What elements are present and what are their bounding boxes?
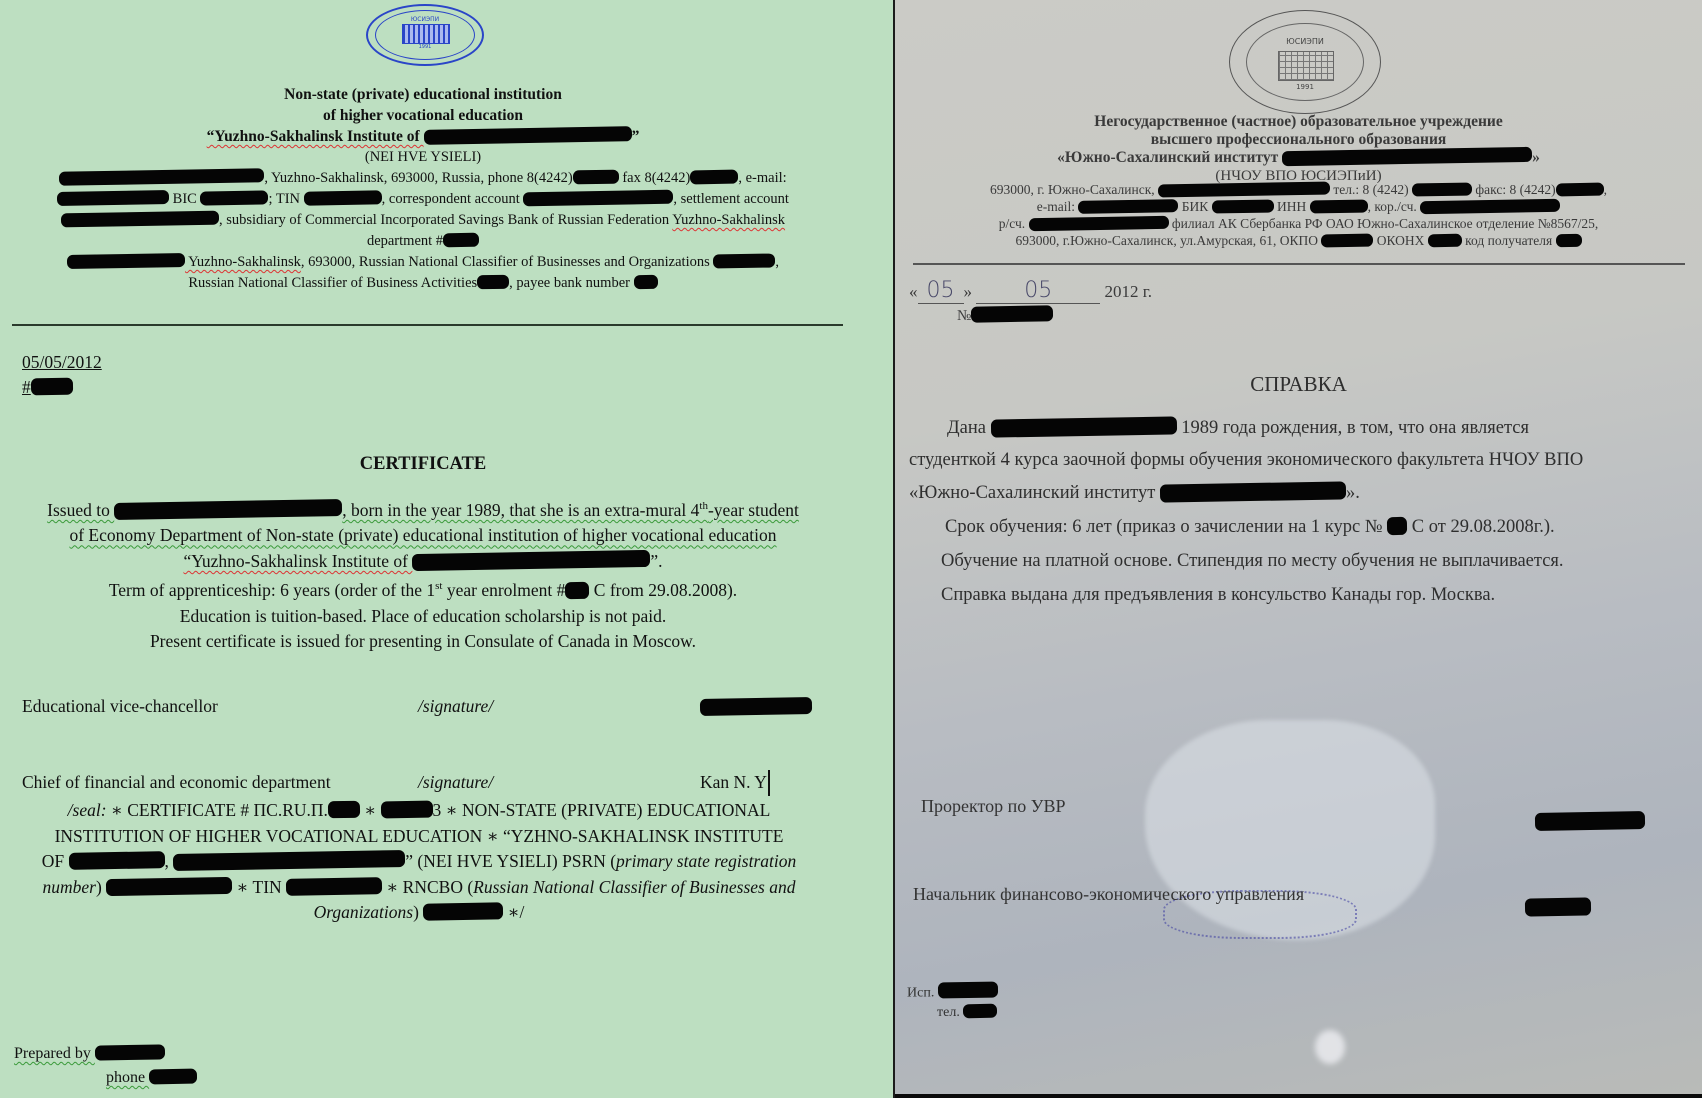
redaction — [106, 877, 232, 896]
redaction — [173, 850, 405, 871]
header-line-2: of higher vocational education — [0, 105, 846, 126]
header-line-1: Негосударственное (частное) образователь… — [895, 113, 1702, 131]
original-document-photo: ЮСИЭПИ 1991 Негосударственное (частное) … — [895, 0, 1702, 1094]
header-divider — [12, 324, 843, 326]
body-line-3: «Южно-Сахалинский институт ». — [909, 476, 1699, 510]
redaction — [1556, 182, 1604, 196]
logo-year: 1991 — [368, 44, 482, 50]
redaction — [423, 126, 631, 144]
redaction — [412, 550, 650, 571]
prepared-by: Prepared by — [14, 1042, 197, 1066]
original-header: Негосударственное (частное) образователь… — [895, 113, 1702, 185]
redaction — [149, 1068, 197, 1084]
executor-line: Исп. — [907, 982, 998, 1003]
redaction — [31, 378, 73, 395]
body-line-1: Issued to , born in the year 1989, that … — [8, 494, 838, 523]
signature-placeholder: /signature/ — [418, 770, 493, 796]
executor-phone: тел. — [907, 1003, 998, 1023]
requisites-line-4: 693000, г.Южно-Сахалинск, ул.Амурская, 6… — [895, 232, 1702, 249]
body-line-5: Обучение на платной основе. Стипендия по… — [909, 544, 1699, 578]
original-signer-2: Начальник финансово-экономического управ… — [913, 884, 1304, 905]
redaction — [328, 801, 360, 818]
photo-bottom-edge — [895, 1094, 1702, 1098]
header-line-2: высшего профессионального образования — [895, 131, 1702, 149]
translation-document: ЮСИЭПИ 1991 Non-state (private) educatio… — [0, 0, 893, 1098]
redaction — [477, 275, 509, 289]
requisites-line-3: , subsidiary of Commercial Incorporated … — [0, 210, 846, 231]
redaction — [971, 305, 1053, 322]
document-title: CERTIFICATE — [0, 454, 846, 475]
body-line-3: “Yuzhno-Sakhalinsk Institute of ”. — [8, 549, 838, 575]
redaction — [1282, 147, 1532, 166]
redaction — [938, 981, 998, 998]
redaction — [1412, 182, 1472, 196]
email-link[interactable] — [57, 190, 169, 206]
institute-logo: ЮСИЭПИ 1991 — [366, 4, 484, 66]
seal-line-3: OF , ” (NEI HVE YSIELI) PSRN (primary st… — [10, 849, 828, 875]
redaction — [380, 801, 432, 819]
header-divider — [913, 263, 1685, 265]
certificate-body: Issued to , born in the year 1989, that … — [8, 494, 838, 655]
original-number: № — [957, 306, 1053, 325]
redaction — [68, 852, 164, 870]
redaction — [1535, 811, 1645, 831]
redaction — [565, 581, 589, 598]
preparer-phone: phone — [14, 1066, 197, 1090]
redaction — [1078, 199, 1178, 214]
issue-date: 05/05/2012 — [22, 350, 102, 375]
header-line-3: «Южно-Сахалинский институт » — [895, 149, 1702, 167]
original-body: Дана 1989 года рождения, в том, что она … — [909, 412, 1699, 612]
redaction — [67, 253, 185, 269]
seal-line-4: number) ∗ TIN ∗ RNCBO (Russian National … — [10, 875, 828, 901]
body-line-5: Education is tuition-based. Place of edu… — [8, 604, 838, 630]
body-line-6: Справка выдана для предъявления в консул… — [909, 578, 1699, 612]
original-requisites: 693000, г. Южно-Сахалинск, тел.: 8 (4242… — [895, 181, 1702, 249]
prepared-by-block: Prepared by phone — [14, 1042, 197, 1090]
redaction — [713, 253, 775, 268]
redaction — [1310, 199, 1368, 213]
redaction — [1387, 516, 1407, 534]
redaction — [1160, 481, 1346, 502]
original-date: «05» 05 2012 г. — [909, 278, 1152, 304]
requisites-line-6: Russian National Classifier of Business … — [0, 273, 846, 294]
redaction — [1420, 199, 1560, 214]
logo-year: 1991 — [1230, 83, 1380, 91]
body-line-2: of Economy Department of Non-state (priv… — [8, 523, 838, 549]
building-icon — [1278, 51, 1334, 81]
body-line-4: Term of apprenticeship: 6 years (order o… — [8, 574, 838, 603]
redaction — [200, 190, 268, 205]
redaction — [1428, 234, 1462, 247]
signature-placeholder: /signature/ — [418, 694, 493, 720]
seal-line-1: /seal: ∗ CERTIFICATE # ПС.RU.П. ∗ 3 ∗ NO… — [10, 798, 828, 824]
redaction — [573, 170, 619, 185]
original-title: СПРАВКА — [895, 372, 1702, 397]
body-line-6: Present certificate is issued for presen… — [8, 629, 838, 655]
requisites-line-2: BIC ; TIN , correspondent account , sett… — [0, 189, 846, 210]
original-executor: Исп. тел. — [907, 982, 998, 1023]
light-glare — [1315, 1030, 1345, 1064]
institute-logo-original: ЮСИЭПИ 1991 — [1229, 10, 1381, 114]
redaction — [1321, 233, 1373, 247]
requisites-line-2: e-mail: БИК ИНН , кор./сч. — [895, 198, 1702, 215]
redaction — [59, 168, 264, 185]
redaction — [61, 211, 219, 228]
redaction — [95, 1044, 165, 1060]
header-line-3: “Yuzhno-Sakhalinsk Institute of ” — [0, 126, 846, 147]
redaction — [963, 1004, 997, 1019]
redaction — [423, 903, 503, 921]
redaction — [1158, 181, 1330, 197]
logo-caption: ЮСИЭПИ — [368, 16, 482, 23]
building-icon — [402, 24, 450, 44]
redaction — [1028, 216, 1168, 231]
redaction — [633, 275, 657, 289]
redaction — [304, 190, 382, 205]
redaction — [443, 233, 479, 247]
requisites-line-3: р/сч. филиал АК Сбербанка РФ ОАО Южно-Са… — [895, 215, 1702, 232]
requisites-line-4: department # — [0, 231, 846, 252]
requisites-line-1: 693000, г. Южно-Сахалинск, тел.: 8 (4242… — [895, 181, 1702, 198]
body-line-1: Дана 1989 года рождения, в том, что она … — [909, 412, 1699, 444]
requisites-line-1: , Yuzhno-Sakhalinsk, 693000, Russia, pho… — [0, 168, 846, 189]
signer-role: Educational vice-chancellor — [22, 694, 218, 720]
body-line-2: студенткой 4 курса заочной формы обучени… — [909, 444, 1699, 476]
abbreviation: (NEI HVE YSIELI) — [0, 147, 846, 168]
header-line-1: Non-state (private) educational institut… — [0, 84, 846, 105]
requisites-line-5: Yuzhno-Sakhalinsk, 693000, Russian Natio… — [0, 252, 846, 273]
document-number: # — [22, 375, 102, 400]
requisites-block: (NEI HVE YSIELI) , Yuzhno-Sakhalinsk, 69… — [0, 147, 846, 294]
seal-line-5: Organizations) ∗/ — [10, 900, 828, 926]
redaction — [1212, 199, 1274, 213]
signer-name[interactable]: Kan N. Y — [700, 770, 770, 796]
redaction — [1555, 234, 1581, 247]
redaction — [1525, 897, 1591, 916]
redaction — [114, 499, 342, 520]
original-signer-1: Проректор по УВР — [921, 796, 1066, 817]
seal-line-2: INSTITUTION OF HIGHER VOCATIONAL EDUCATI… — [10, 824, 828, 850]
redaction — [523, 190, 673, 206]
logo-caption: ЮСИЭПИ — [1230, 37, 1380, 46]
seal-description: /seal: ∗ CERTIFICATE # ПС.RU.П. ∗ 3 ∗ NO… — [10, 798, 828, 926]
body-line-4: Срок обучения: 6 лет (приказ о зачислени… — [909, 510, 1699, 544]
redaction — [700, 697, 812, 716]
document-header: Non-state (private) educational institut… — [0, 84, 846, 147]
redaction — [286, 877, 382, 895]
date-number-block: 05/05/2012 # — [22, 350, 102, 400]
redaction — [690, 170, 738, 185]
redaction — [990, 416, 1176, 437]
signer-role: Chief of financial and economic departme… — [22, 770, 331, 796]
